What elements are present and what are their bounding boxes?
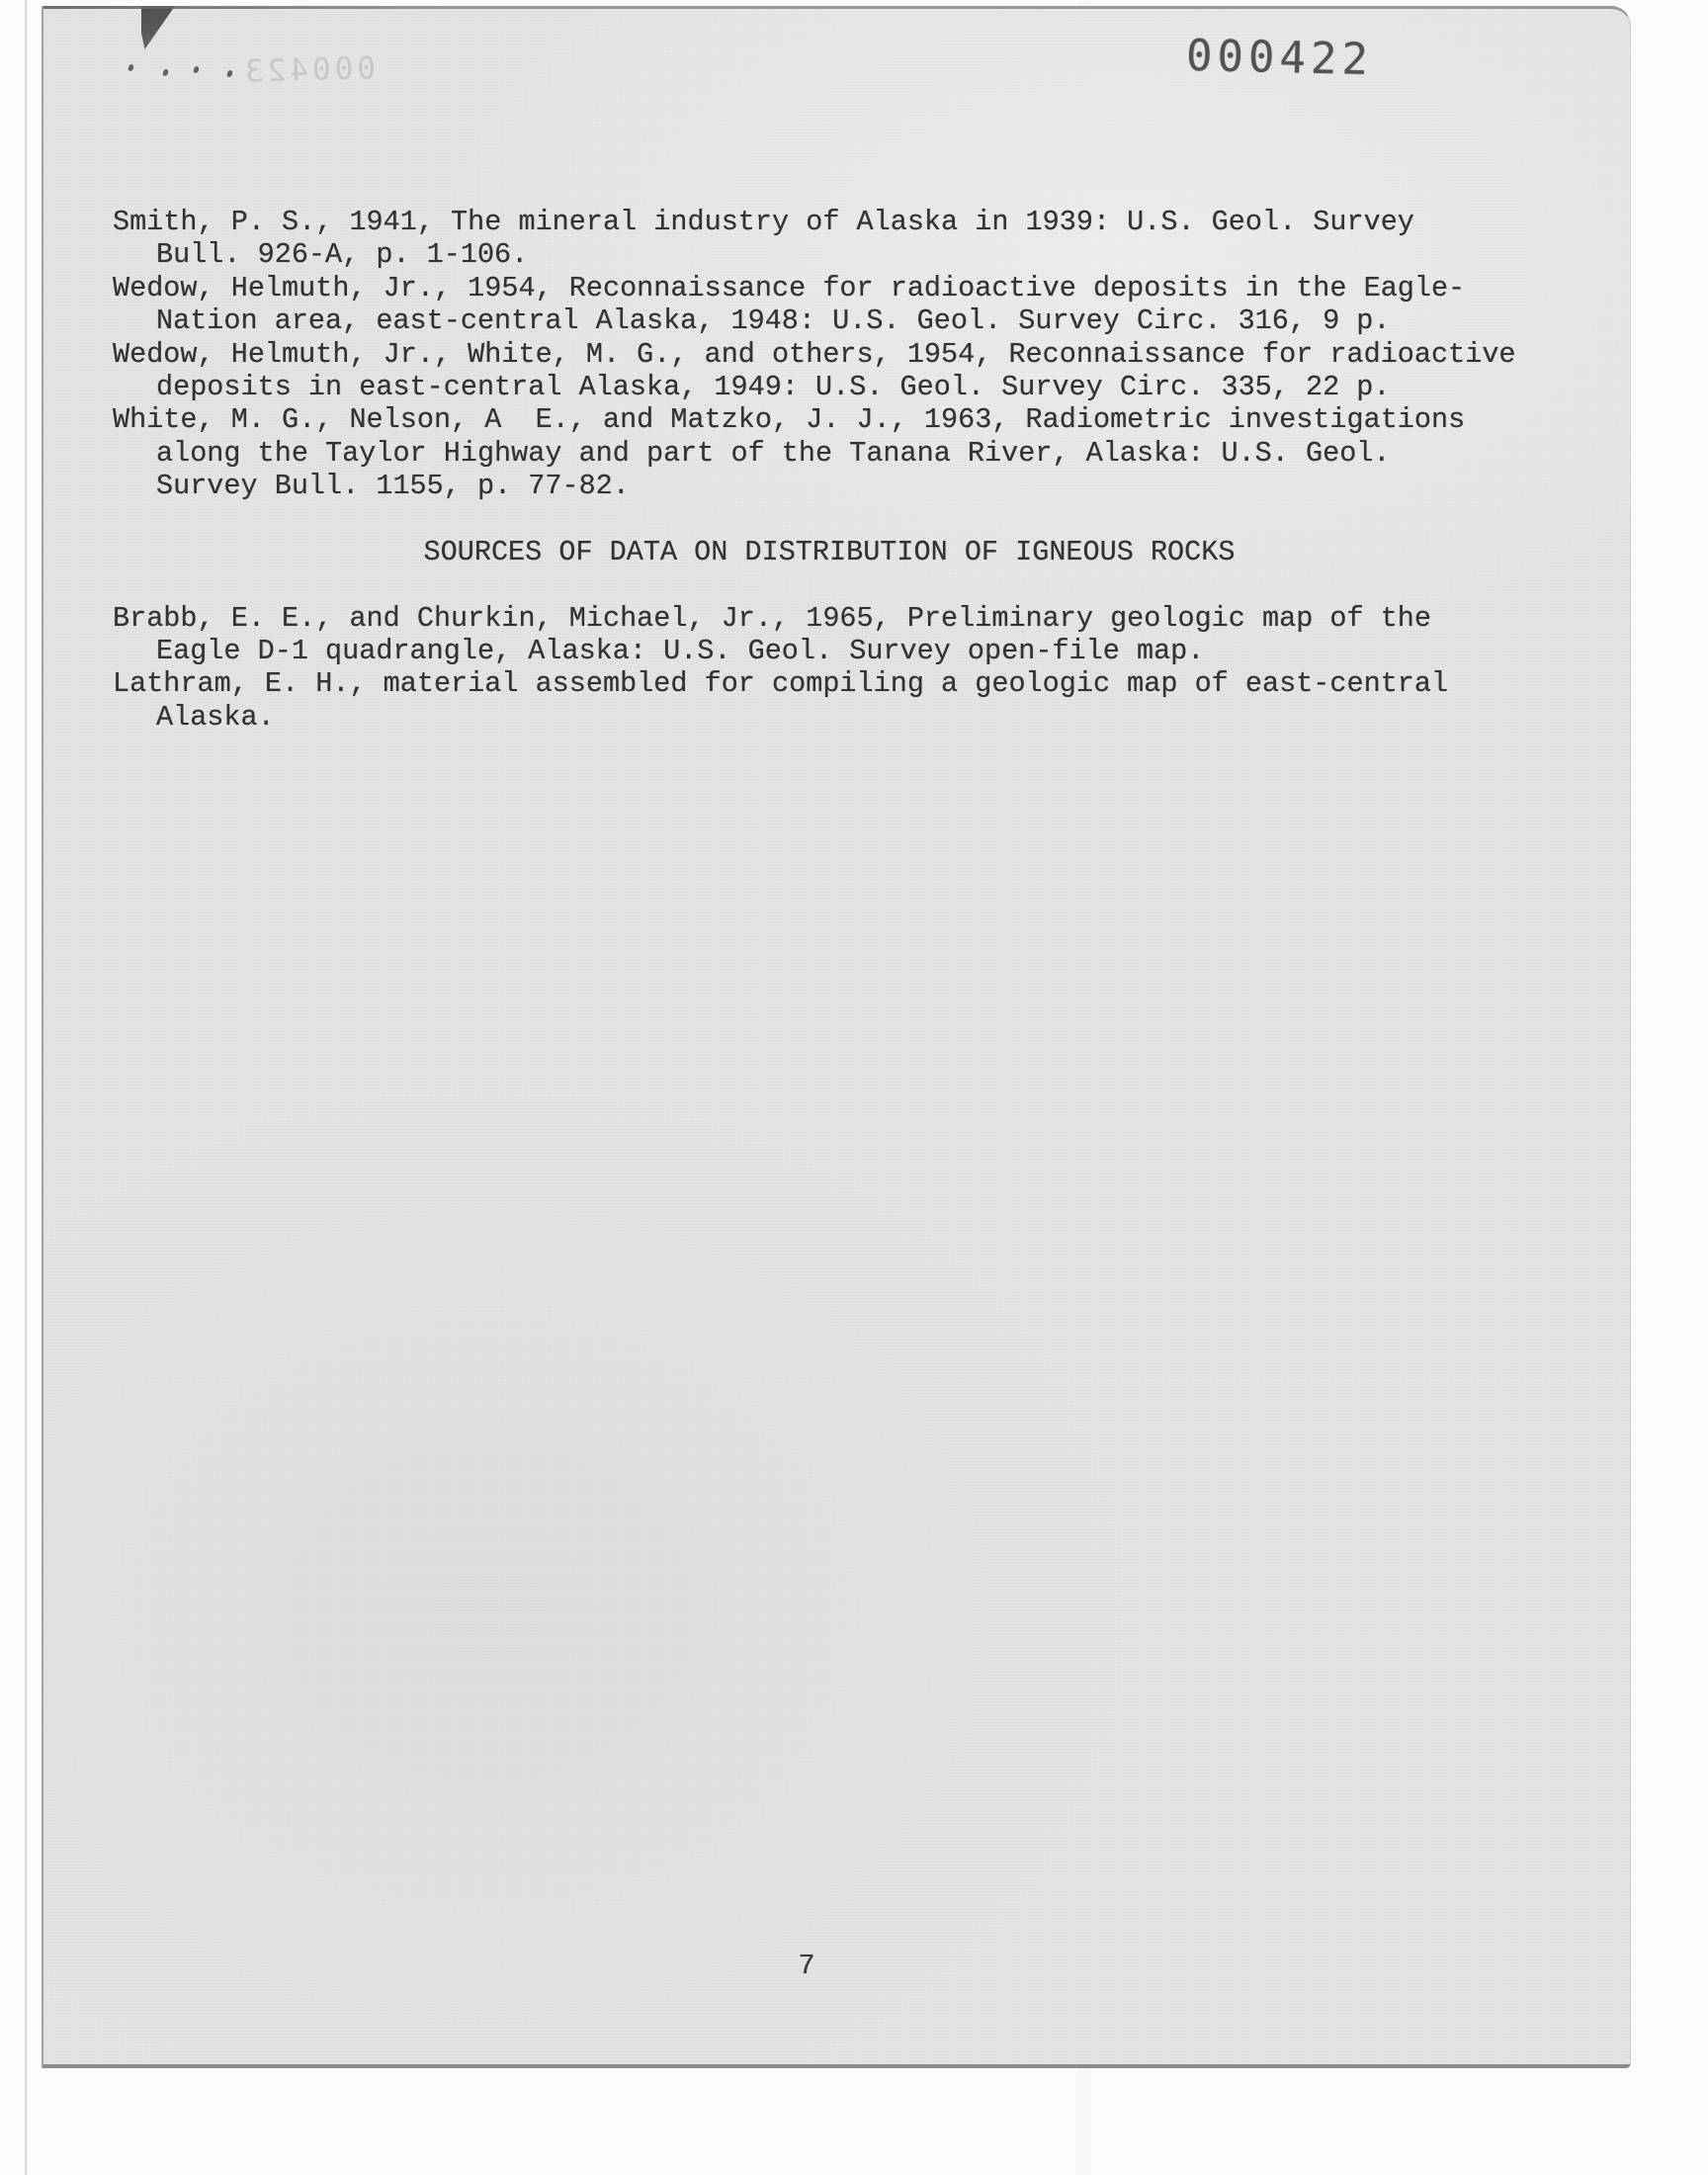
source-line: Lathram, E. H., material assembled for c… (113, 667, 1546, 700)
bibliography-references: Smith, P. S., 1941, The mineral industry… (113, 206, 1546, 503)
page-number: 7 (777, 1950, 836, 1982)
sources-of-data-list: Brabb, E. E., and Churkin, Michael, Jr.,… (113, 602, 1546, 735)
typewritten-text-column: Smith, P. S., 1941, The mineral industry… (113, 206, 1546, 734)
bibliography-line: Nation area, east-central Alaska, 1948: … (113, 304, 1546, 337)
ink-speck (128, 63, 135, 72)
bleedthrough-stamp: 000423 (241, 50, 377, 90)
bibliography-line: Bull. 926-A, p. 1-106. (113, 238, 1546, 271)
bibliography-line: deposits in east-central Alaska, 1949: U… (113, 371, 1546, 403)
section-heading: SOURCES OF DATA ON DISTRIBUTION OF IGNEO… (113, 536, 1546, 568)
bibliography-line: along the Taylor Highway and part of the… (113, 437, 1546, 470)
page-top-edge-shadow (43, 6, 459, 9)
ink-speck (226, 69, 234, 78)
source-line: Brabb, E. E., and Churkin, Michael, Jr.,… (113, 602, 1546, 635)
scanned-document: 000423 000422 Smith, P. S., 1941, The mi… (0, 0, 1708, 2175)
bibliography-line: Survey Bull. 1155, p. 77-82. (113, 470, 1546, 502)
source-line: Eagle D-1 quadrangle, Alaska: U.S. Geol.… (113, 635, 1546, 667)
ink-speck (162, 68, 170, 77)
scanned-page: 000423 000422 Smith, P. S., 1941, The mi… (42, 6, 1631, 2068)
source-line: Alaska. (113, 701, 1546, 734)
bibliography-line: Wedow, Helmuth, Jr., 1954, Reconnaissanc… (113, 272, 1546, 304)
scanner-edge-line (25, 0, 27, 2175)
page-corner-fold (141, 6, 175, 49)
serial-number-stamp: 000422 (1185, 31, 1373, 85)
bibliography-line: White, M. G., Nelson, A E., and Matzko, … (113, 403, 1546, 436)
bibliography-line: Smith, P. S., 1941, The mineral industry… (113, 206, 1546, 238)
bibliography-line: Wedow, Helmuth, Jr., White, M. G., and o… (113, 338, 1546, 371)
ink-speck (193, 65, 201, 74)
